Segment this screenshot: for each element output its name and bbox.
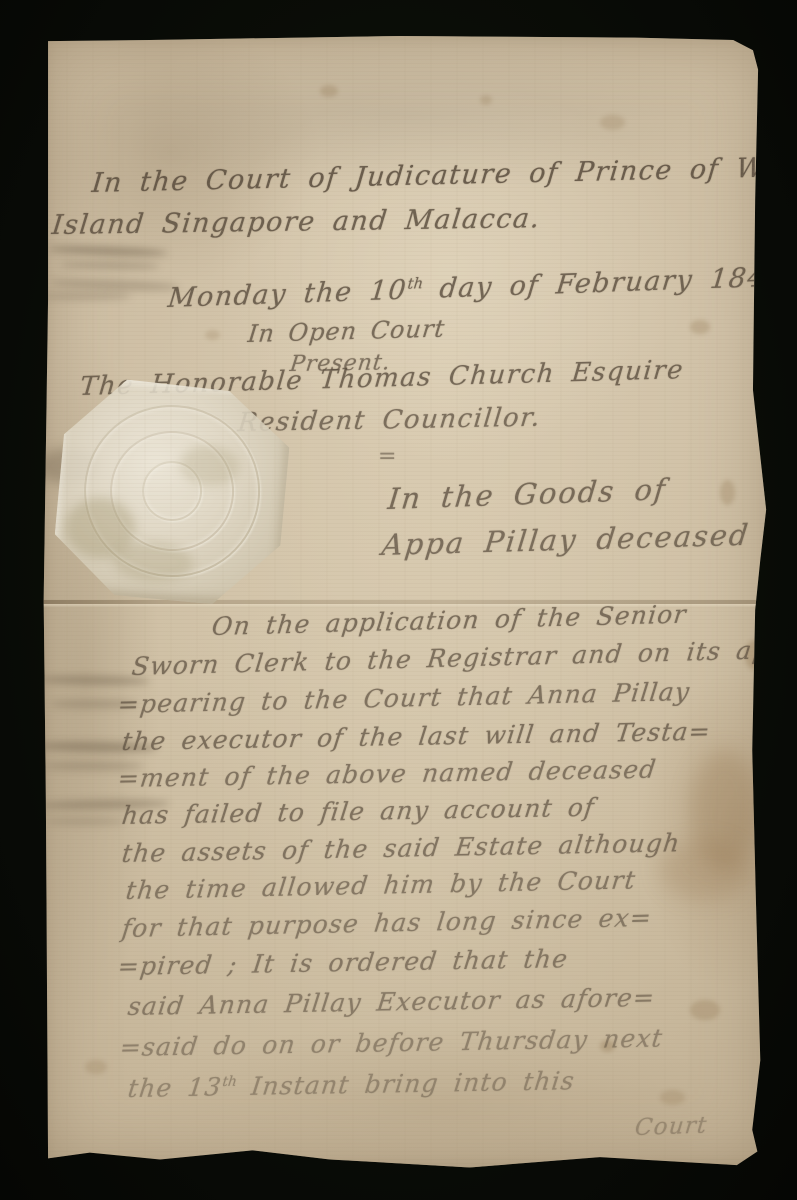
foxing-spot [660, 1090, 685, 1105]
body-line: =pired ; It is ordered that the [116, 944, 570, 981]
foxing-spot [720, 480, 735, 505]
ink-smudge [48, 245, 168, 257]
ink-smudge [42, 292, 132, 300]
body-line: =pearing to the Court that Anna Pillay [116, 677, 692, 719]
body-line-13-suffix: Instant bring into this [234, 1066, 576, 1101]
foxing-spot [690, 1000, 720, 1020]
body-line: the executor of the last will and Testa= [120, 717, 713, 756]
date-line-suffix: day of February 1845 [421, 261, 787, 305]
body-line: =ment of the above named deceased [116, 755, 658, 793]
foxing-spot [205, 330, 220, 340]
paper-stain-wash [20, 22, 320, 282]
body-line: the assets of the said Estate although [120, 828, 682, 868]
body-line: for that purpose has long since ex= [120, 903, 654, 943]
case-title-line-2: Appa Pillay deceased [380, 518, 752, 562]
ink-smudge [60, 261, 160, 270]
case-title-line-1: In the Goods of [386, 472, 668, 516]
body-line-13-prefix: the 13 [126, 1072, 223, 1103]
session-line: In Open Court [246, 314, 446, 348]
body-line: Sworn Clerk to the Registrar and on its … [130, 635, 793, 681]
foxing-spot [480, 95, 492, 105]
catchword: Court [634, 1112, 709, 1141]
court-heading-line-2: Island Singapore and Malacca. [50, 203, 542, 241]
foxing-spot [320, 85, 338, 97]
foxing-spot [600, 115, 625, 130]
paper-blotch [690, 750, 760, 870]
body-line: has failed to file any account of [120, 793, 596, 830]
separator-mark: = [378, 444, 396, 469]
ink-smudge [50, 278, 180, 293]
body-line-13: the 13th Instant bring into this [126, 1066, 577, 1103]
body-line: On the application of the Senior [210, 600, 688, 642]
body-line: said Anna Pillay Executor as afore= [126, 983, 657, 1021]
body-line: the time allowed him by the Court [124, 865, 637, 905]
date-line: Monday the 10th day of February 1845 [166, 261, 786, 314]
body-line: =said do on or before Thursday next [118, 1023, 665, 1062]
manuscript-paper-sheet: In the Court of Judicature of Prince of … [40, 32, 772, 1172]
court-heading-line-1: In the Court of Judicature of Prince of … [90, 151, 797, 199]
foxing-spot [85, 1060, 107, 1074]
ink-smudge [46, 818, 126, 825]
foxing-spot [690, 320, 710, 334]
date-line-prefix: Monday the 10 [166, 275, 408, 314]
presiding-title-line: Resident Councillor. [236, 403, 542, 438]
scanned-manuscript-page: { "page": { "background_color": "#0a0d07… [0, 0, 797, 1200]
